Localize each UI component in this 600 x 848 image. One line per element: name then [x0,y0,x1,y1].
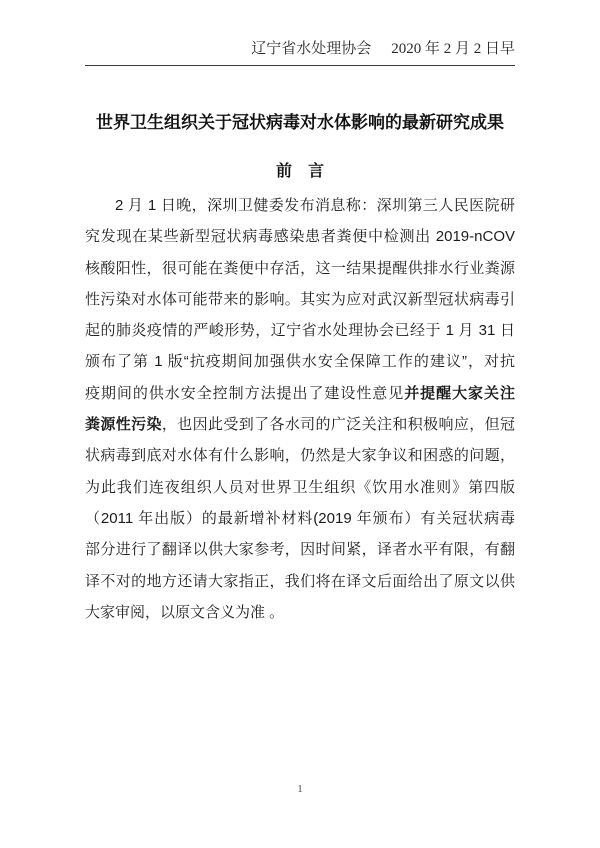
document-title: 世界卫生组织关于冠状病毒对水体影响的最新研究成果 [60,112,540,134]
body-line: 大家审阅，以原文含义为准 。 [85,597,515,628]
document-page: 辽宁省水处理协会2020 年 2 月 2 日早 世界卫生组织关于冠状病毒对水体影… [0,0,600,848]
body-line-text: （2011 年出版）的最新增补材料(2019 年颁布）有关冠状病毒 [85,510,515,527]
body-line: 疫期间的供水安全控制方法提出了建设性意见并提醒大家关注 [85,378,515,409]
body-line-text: 究发现在某些新型冠状病毒感染患者粪便中检测出 2019-nCOV [85,228,515,245]
preface-paragraph: 2 月 1 日晚，深圳卫健委发布消息称：深圳第三人民医院研 究发现在某些新型冠状… [85,190,515,628]
body-line: （2011 年出版）的最新增补材料(2019 年颁布）有关冠状病毒 [85,503,515,534]
body-line: 性污染对水体可能带来的影响。其实为应对武汉新型冠状病毒引 [85,284,515,315]
page-header: 辽宁省水处理协会2020 年 2 月 2 日早 [85,0,515,66]
body-line: 究发现在某些新型冠状病毒感染患者粪便中检测出 2019-nCOV [85,221,515,252]
body-line-text: 疫期间的供水安全控制方法提出了建设性意见 [85,385,404,402]
body-line: 部分进行了翻译以供大家参考，因时间紧，译者水平有限，有翻 [85,534,515,565]
body-line-text: 2 月 1 日晚，深圳卫健委发布消息称：深圳第三人民医院研 [115,197,515,214]
preface-heading: 前 言 [0,162,600,182]
body-line: 为此我们连夜组织人员对世界卫生组织《饮用水准则》第四版 [85,472,515,503]
body-line-text: ，也因此受到了各水司的广泛关注和积极响应，但冠 [162,416,515,433]
body-line: 颁布了第 1 版“抗疫期间加强供水安全保障工作的建议”，对抗 [85,346,515,377]
body-line-text: 性污染对水体可能带来的影响。其实为应对武汉新型冠状病毒引 [85,291,515,308]
body-line-text: 状病毒到底对水体有什么影响，仍然是大家争议和困惑的问题， [85,447,515,464]
body-line-text: 大家审阅，以原文含义为准 。 [85,604,284,621]
header-date: 2020 年 2 月 2 日早 [391,41,515,57]
body-line-text: 译不对的地方还请大家指正，我们将在译文后面给出了原文以供 [85,573,515,590]
body-line-text: 核酸阳性，很可能在粪便中存活，这一结果提醒供排水行业粪源 [85,260,515,277]
body-line: 粪源性污染，也因此受到了各水司的广泛关注和积极响应，但冠 [85,409,515,440]
page-number: 1 [0,783,600,795]
body-line-bold-text: 并提醒大家关注 [404,385,515,402]
body-line-text: 颁布了第 1 版“抗疫期间加强供水安全保障工作的建议”，对抗 [85,353,515,370]
body-line-text: 部分进行了翻译以供大家参考，因时间紧，译者水平有限，有翻 [85,541,515,558]
body-line-bold-text: 粪源性污染 [85,416,162,433]
body-line: 2 月 1 日晚，深圳卫健委发布消息称：深圳第三人民医院研 [85,190,515,221]
body-line-text: 为此我们连夜组织人员对世界卫生组织《饮用水准则》第四版 [85,479,515,496]
body-line: 状病毒到底对水体有什么影响，仍然是大家争议和困惑的问题， [85,440,515,471]
header-organization: 辽宁省水处理协会 [251,41,371,57]
body-line: 起的肺炎疫情的严峻形势，辽宁省水处理协会已经于 1 月 31 日 [85,315,515,346]
body-line: 核酸阳性，很可能在粪便中存活，这一结果提醒供排水行业粪源 [85,253,515,284]
body-line-text: 起的肺炎疫情的严峻形势，辽宁省水处理协会已经于 1 月 31 日 [85,322,515,339]
body-line: 译不对的地方还请大家指正，我们将在译文后面给出了原文以供 [85,566,515,597]
